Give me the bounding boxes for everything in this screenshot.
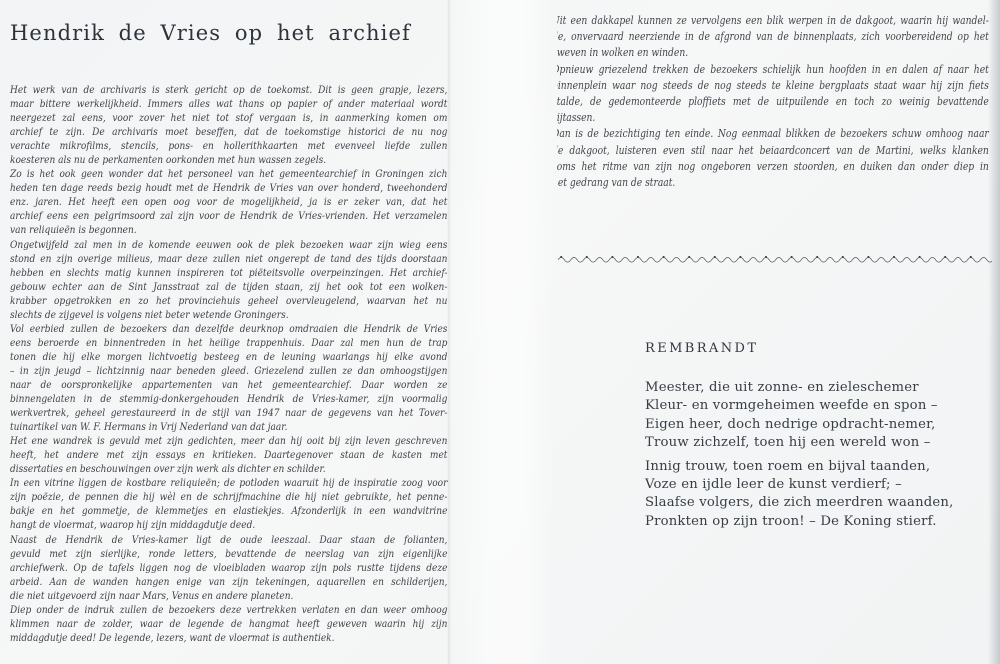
text-line: eens beroerde en binnentreden in het hei… (10, 336, 447, 350)
poem-stanza: Innig trouw, toen roem en bijval taanden… (645, 458, 954, 532)
text-line: bakje en het gommetje, de klemmetjes en … (10, 504, 447, 518)
text-line: gebouw echter aan de Sint Jansstraat zal… (10, 280, 447, 294)
text-line: krabber opgetrokken en zo het provincieh… (10, 294, 447, 308)
poem-stanza: Meester, die uit zonne- en zieleschemerK… (645, 379, 954, 453)
text-line: neergezet zal eens, voor zover het niet … (10, 111, 447, 125)
text-line: zijtassen. (557, 110, 989, 126)
text-line: binnenplein waar nog steeds de nog steed… (557, 78, 989, 94)
left-page-body: Het werk van de archivaris is sterk geri… (10, 83, 447, 645)
text-line: Dan is de bezichtiging ten einde. Nog ee… (557, 126, 989, 142)
poem-title: REMBRANDT (645, 341, 758, 356)
scanned-book-spread: Hendrik de Vries op het archief Het werk… (0, 0, 1000, 664)
wavy-divider-icon (558, 253, 992, 265)
paragraph: Diep onder de indruk zullen de bezoekers… (10, 603, 447, 645)
text-line: zijn poëzie, de pennen die hij wèl en de… (10, 490, 447, 504)
text-line: soms het ritme van zijn nog ongeboren ve… (557, 159, 989, 175)
poem-line: Meester, die uit zonne- en zieleschemer (645, 379, 954, 397)
text-line: archief te zijn. De archivaris moet bese… (10, 125, 447, 139)
text-line: van reliquieën is begonnen. (10, 223, 447, 237)
poem-line: Innig trouw, toen roem en bijval taanden… (645, 458, 954, 476)
text-line: archief eens een pelgrimsoord zal zijn v… (10, 209, 447, 223)
paragraph: Naast de Hendrik de Vries-kamer ligt de … (10, 533, 447, 603)
text-line: heeft, het andere met zijn essays en kri… (10, 448, 447, 462)
text-line: Diep onder de indruk zullen de bezoekers… (10, 603, 447, 617)
text-line: de dakgoot, luisteren even stil naar het… (557, 143, 989, 159)
poem-line: Trouw zichzelf, toen hij een wereld won … (645, 434, 954, 452)
text-line: Ongetwijfeld zal men in de komende eeuwe… (10, 238, 447, 252)
text-line: hebben en slechts matig kunnen inspirere… (10, 266, 447, 280)
poem-line: Voze en ijdle leer de kunst verdierf; – (645, 476, 954, 494)
text-line: stond en zijn overige milieus, maar deze… (10, 252, 447, 266)
right-page-body: Uit een dakkapel kunnen ze vervolgens ee… (557, 13, 994, 205)
text-line: stalde, de gedemonteerde ploffiets met d… (557, 94, 989, 110)
text-line: heden ten dage reeds bezig houdt met de … (10, 181, 447, 195)
poem-line: Slaafse volgers, die zich meerdren waand… (645, 494, 954, 512)
text-line: In een vitrine liggen de kostbare reliqu… (10, 476, 447, 490)
text-line: slechts de zijgevel is volgens niet bete… (10, 308, 447, 322)
text-line: gevuld met zijn sierlijke, ronde letters… (10, 547, 447, 561)
paragraph: Dan is de bezichtiging ten einde. Nog ee… (557, 126, 989, 191)
paragraph: Ongetwijfeld zal men in de komende eeuwe… (10, 238, 447, 322)
wavy-divider (558, 253, 992, 265)
text-line: Vol eerbied zullen de bezoekers dan deze… (10, 322, 447, 336)
poem-line: Pronkten op zijn troon! – De Koning stie… (645, 513, 954, 531)
text-line: Zo is het ook geen wonder dat het person… (10, 167, 447, 181)
text-line: verachte mikrofilms, stencils, pons- en … (10, 139, 447, 153)
paragraph: Opnieuw griezelend trekken de bezoekers … (557, 62, 989, 127)
poem-line: Kleur- en vormgeheimen weefde en spon – (645, 397, 954, 415)
article-title: Hendrik de Vries op het archief (10, 20, 411, 46)
poem-line: Eigen heer, doch nedrige opdracht-nemer, (645, 416, 954, 434)
text-line: tuinartikel van W. F. Hermans in Vrij Ne… (10, 420, 447, 434)
text-line: Opnieuw griezelend trekken de bezoekers … (557, 62, 989, 78)
paragraph: Zo is het ook geen wonder dat het person… (10, 167, 447, 237)
text-line: naar de oorspronkelijke appartementen va… (10, 378, 447, 392)
text-line: de, onvervaard neerziende in de afgrond … (557, 29, 989, 45)
text-line: Het werk van de archivaris is sterk geri… (10, 83, 447, 97)
paragraph: Het werk van de archivaris is sterk geri… (10, 83, 447, 167)
poem: Meester, die uit zonne- en zieleschemerK… (645, 379, 954, 536)
text-line: klimmen naar de zolder, waar de legende … (10, 617, 447, 631)
text-line: koesteren als nu de perkamenten oorkonde… (10, 153, 447, 167)
paragraph: Vol eerbied zullen de bezoekers dan deze… (10, 322, 447, 434)
text-line: Naast de Hendrik de Vries-kamer ligt de … (10, 533, 447, 547)
text-line: zweven in wolken en winden. (557, 45, 989, 61)
text-line: Het ene wandrek is gevuld met zijn gedic… (10, 434, 447, 448)
right-page-text: Uit een dakkapel kunnen ze vervolgens ee… (557, 13, 989, 191)
text-line: werkvertrek, geheel gerestaureerd in de … (10, 406, 447, 420)
text-line: binnengelaten in de stemmig-donkergehoud… (10, 392, 447, 406)
text-line: arbeid. Aan de wanden hangen enige van z… (10, 575, 447, 589)
text-line: Uit een dakkapel kunnen ze vervolgens ee… (557, 13, 989, 29)
text-line: dissertaties en beschouwingen over zijn … (10, 462, 447, 476)
page-gutter (450, 0, 556, 664)
left-page-scan-edge (447, 0, 451, 664)
text-line: – in zijn jeugd – lichtzinnig naar bened… (10, 364, 447, 378)
text-line: het gedrang van de straat. (557, 175, 989, 191)
text-line: archiefwerk. Op de tafels liggen nog de … (10, 561, 447, 575)
text-line: die niet uitgevoerd zijn naar Mars, Venu… (10, 589, 447, 603)
paragraph: Uit een dakkapel kunnen ze vervolgens ee… (557, 13, 989, 62)
scan-edge-shadow (988, 0, 1000, 664)
text-line: tonen die hij elke morgen lichtvoetig be… (10, 350, 447, 364)
paragraph: In een vitrine liggen de kostbare reliqu… (10, 476, 447, 532)
text-line: maar bittere werkelijkheid. Immers alles… (10, 97, 447, 111)
text-line: middagdutje deed! De legende, lezers, wa… (10, 631, 447, 645)
text-line: enz. jaren. Het heeft een open oog voor … (10, 195, 447, 209)
paragraph: Het ene wandrek is gevuld met zijn gedic… (10, 434, 447, 476)
text-line: hangt de vloermat, waarop hij zijn midda… (10, 518, 447, 532)
